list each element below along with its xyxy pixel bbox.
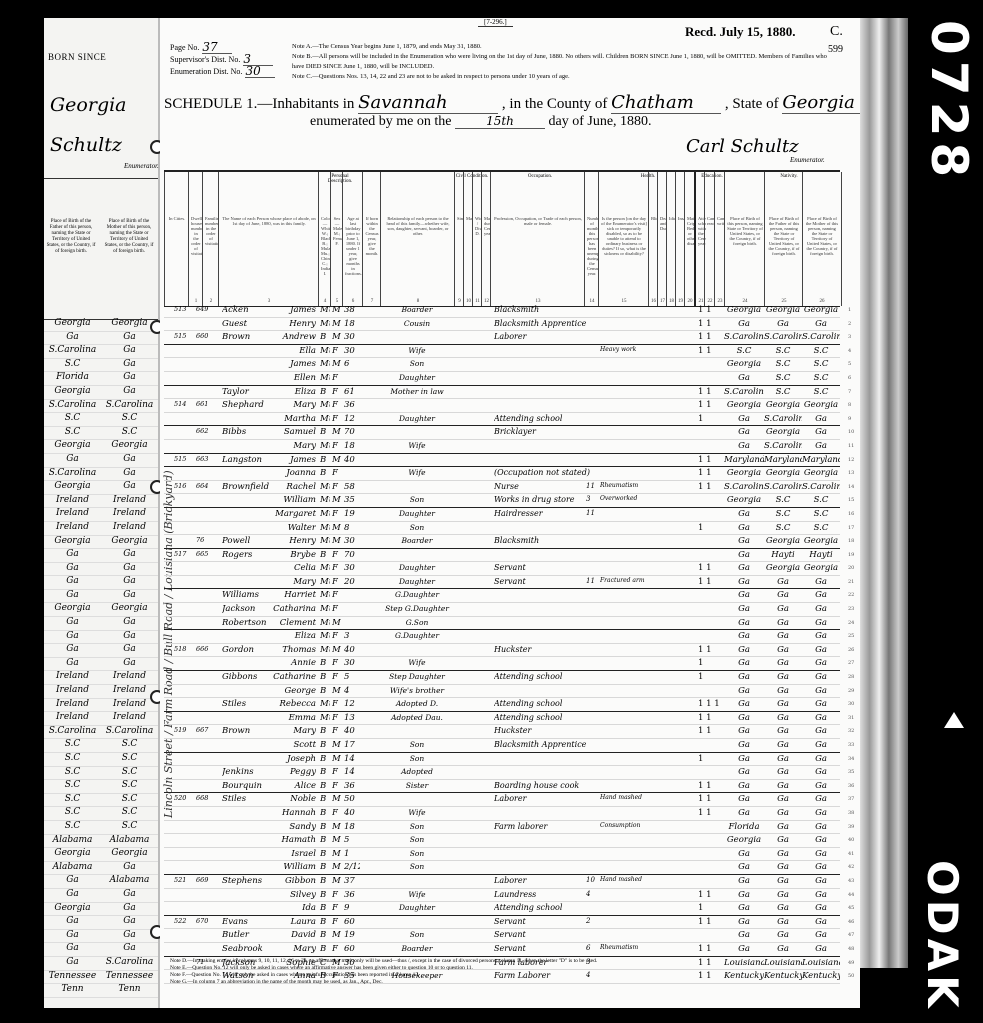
relationship: Step Daughter (380, 672, 454, 681)
relationship: Daughter (380, 903, 454, 912)
occupation: Servant (494, 930, 622, 939)
color: B (320, 876, 330, 886)
father-birthplace: S.C (44, 739, 101, 752)
sheet-number: 599 (828, 44, 843, 55)
given-name: Ella (272, 346, 316, 356)
table-row: 521669StephensGibbonBM37Laborer10Hand ma… (164, 875, 840, 889)
family-number: 663 (196, 455, 218, 463)
given-name: Joseph (272, 754, 316, 764)
line-number: 46 (848, 919, 854, 925)
enumeration-label: Enumeration Dist. No. (170, 66, 242, 78)
given-name: Margaret (272, 509, 316, 519)
line-number: 2 (848, 321, 851, 327)
table-row: ElizaMuF3G.DaughterGaGaGa25 (164, 630, 840, 644)
father-birthplace: S.Carolina (764, 332, 802, 342)
father-birthplace: Ireland (44, 699, 101, 712)
color: B (320, 944, 330, 954)
line-number: 22 (848, 592, 854, 598)
given-name: George (272, 686, 316, 696)
father-birthplace: Ireland (44, 522, 101, 535)
sex: M (332, 835, 342, 845)
surname: Jackson (222, 604, 274, 614)
mother-birthplace: Ga (802, 876, 840, 886)
age: 30 (344, 332, 360, 342)
state-label: , State of (725, 96, 779, 112)
mother-birthplace: Ga (802, 604, 840, 614)
col-25-father-birthplace: Place of Birth of the Father of this per… (764, 172, 803, 306)
months-unemployed: 11 (586, 509, 600, 517)
surname: Bourquin (222, 781, 274, 791)
color: Mu (320, 590, 330, 600)
surname: Evans (222, 917, 274, 927)
table-row: WalterMuM8Son1GaS.CS.C17 (164, 522, 840, 536)
mother-birthplace: Ga (101, 903, 158, 916)
father-birthplace: S.C (44, 794, 101, 807)
mother-birthplace: S.C (101, 767, 158, 780)
given-name: David (272, 930, 316, 940)
birthplace: Ga (724, 781, 764, 791)
father-birthplace: Hayti (764, 550, 802, 560)
relationship: Son (380, 754, 454, 763)
mother-birthplace: S.C (802, 523, 840, 533)
father-birthplace: Ga (44, 576, 101, 589)
dwelling-number: 522 (174, 917, 194, 925)
mother-birthplace: Maryland (802, 455, 840, 465)
birthplace: Ga (724, 577, 764, 587)
birthplace: Ga (724, 890, 764, 900)
relationship: Son (380, 359, 454, 368)
surname: Jenkins (222, 767, 274, 777)
birthplace: Ga (724, 319, 764, 329)
given-name: Mary (272, 944, 316, 954)
mother-birthplace: Ga (101, 563, 158, 576)
mother-birthplace: S.C (101, 794, 158, 807)
color: Mu (320, 577, 330, 587)
father-birthplace: Georgia (764, 563, 802, 573)
sex: M (332, 536, 342, 546)
census-rows: 513649AckenJamesMuM38BoarderBlacksmith1 … (164, 304, 840, 984)
surname: Brownfield (222, 482, 274, 492)
given-name: Ellen (272, 373, 316, 383)
col-in-cities: In Cities. (164, 172, 189, 306)
birthplace: Ga (724, 658, 764, 668)
father-birthplace: S.C (764, 523, 802, 533)
page-no: 37 (202, 42, 232, 54)
father-birthplace: S.C (764, 346, 802, 356)
father-birthplace: Ga (764, 699, 802, 709)
education-marks: 1 1 (698, 890, 726, 900)
color: Mu (320, 319, 330, 329)
father-birthplace: Alabama (44, 862, 101, 875)
sex: M (332, 849, 342, 859)
father-birthplace: Georgia (44, 603, 101, 616)
district-info: Page No.37 Supervisor's Dist. No.3 Enume… (170, 42, 275, 78)
education-marks: 1 1 (698, 794, 726, 804)
note-c: Note C.—Questions Nos. 13, 14, 22 and 23… (292, 72, 832, 82)
mother-birthplace: Ga (101, 943, 158, 956)
line-number: 24 (848, 620, 854, 626)
sickness: Hand mashed (600, 794, 660, 801)
education-marks: 1 1 (698, 400, 726, 410)
enumerator-handwriting: Schultz (50, 134, 122, 156)
sex: F (332, 482, 342, 492)
table-row: ButlerDavidBM19SonServantGaGaGa47 (164, 929, 840, 943)
mother-birthplace: Ga (802, 903, 840, 913)
given-name: Silvey (272, 890, 316, 900)
facing-page-row: S.CS.C (44, 427, 158, 441)
table-row: 76PowellHenryMuM30BoarderBlacksmithGaGeo… (164, 535, 840, 549)
line-number: 34 (848, 756, 854, 762)
family-number: 668 (196, 794, 218, 802)
given-name: Hamath (272, 835, 316, 845)
col-24-birthplace: Place of Birth of this person, naming St… (724, 172, 765, 306)
education-marks: 1 1 1 (698, 699, 726, 709)
relationship: Son (380, 822, 454, 831)
given-name: Annie (272, 658, 316, 668)
surname: Butler (222, 930, 274, 940)
surname: Williams (222, 590, 274, 600)
given-name: Eliza (272, 387, 316, 397)
facing-page-row: S.CS.C (44, 413, 158, 427)
sex: F (332, 387, 342, 397)
sex: M (332, 305, 342, 315)
father-birthplace: S.C (44, 807, 101, 820)
occupation: Hairdresser (494, 509, 622, 518)
occupation: Attending school (494, 672, 622, 681)
father-birthplace: Georgia (44, 318, 101, 331)
relationship: Sister (380, 781, 454, 790)
given-name: Mary (272, 577, 316, 587)
surname: Gibbons (222, 672, 274, 682)
mother-birthplace: Ga (802, 822, 840, 832)
line-number: 44 (848, 892, 854, 898)
given-name: Mary (272, 726, 316, 736)
father-birthplace: S.C (44, 359, 101, 372)
mother-birthplace: Ga (802, 740, 840, 750)
table-row: GeorgeBM4Wife's brotherGaGaGa29 (164, 685, 840, 699)
father-birthplace: Georgia (44, 903, 101, 916)
mother-birthplace: Ga (101, 576, 158, 589)
months-unemployed: 2 (586, 917, 600, 925)
line-number: 27 (848, 660, 854, 666)
relationship: Daughter (380, 414, 454, 423)
birthplace: Ga (724, 645, 764, 655)
col-6-age: Age at last birthday prior to June 1, 18… (342, 172, 363, 306)
given-name: Rachel (272, 482, 316, 492)
age: 8 (344, 523, 360, 533)
birthplace: Ga (724, 699, 764, 709)
given-name: Laura (272, 917, 316, 927)
father-birthplace: Ga (44, 617, 101, 630)
line-number: 9 (848, 416, 851, 422)
sex: M (332, 319, 342, 329)
mother-birthplace: S.C (802, 373, 840, 383)
father-birthplace: Georgia (764, 427, 802, 437)
birthplace: Ga (724, 686, 764, 696)
facing-page-row: GeorgiaGeorgia (44, 603, 158, 617)
relationship: Son (380, 523, 454, 532)
dwelling-number: 520 (174, 794, 194, 802)
mother-birthplace: Alabama (101, 875, 158, 888)
education-marks: 1 1 (698, 563, 726, 573)
note-e: Note E.—Question No. 12 will only be ask… (170, 965, 850, 972)
table-row: 515663LangstonJamesBM401 1MarylandMaryla… (164, 454, 840, 468)
occupation: (Occupation not stated) (494, 468, 622, 477)
age: 36 (344, 781, 360, 791)
mother-birthplace: S.Carolina (101, 726, 158, 739)
sex: F (332, 781, 342, 791)
color: Mu (320, 536, 330, 546)
father-birthplace: Ga (44, 644, 101, 657)
given-name: Noble (272, 794, 316, 804)
mother-birthplace: Ireland (101, 699, 158, 712)
age: 5 (344, 672, 360, 682)
table-row: 514661ShephardMaryMuF361 1GeorgiaGeorgia… (164, 399, 840, 413)
sex: M (332, 754, 342, 764)
table-row: CeliaMuF30DaughterServant1 1GaGeorgiaGeo… (164, 562, 840, 576)
father-birthplace: S.C (44, 821, 101, 834)
mother-birthplace: Ga (101, 386, 158, 399)
birthplace: Ga (724, 563, 764, 573)
color: Mu (320, 359, 330, 369)
education-marks: 1 1 (698, 332, 726, 342)
col-13-occupation: Profession, Occupation, or Trade of each… (490, 172, 585, 306)
facing-page-rows: GeorgiaGeorgiaGaGaS.CarolinaGaS.CGaFlori… (44, 318, 158, 998)
line-number: 7 (848, 389, 851, 395)
received-stamp: Recd. July 15, 1880. (685, 24, 796, 40)
mother-birthplace: Ga (802, 441, 840, 451)
color: Mu (320, 604, 330, 614)
age: 40 (344, 808, 360, 818)
facing-page-row: S.CS.C (44, 767, 158, 781)
relationship: Daughter (380, 509, 454, 518)
relationship: Son (380, 495, 454, 504)
occupation: Blacksmith (494, 536, 622, 545)
mother-birthplace: Ga (101, 332, 158, 345)
months-unemployed: 3 (586, 495, 600, 503)
line-number: 3 (848, 334, 851, 340)
age: 58 (344, 482, 360, 492)
note-f: Note F.—Question No. 14 will only be ask… (170, 972, 850, 979)
color: Mu (320, 495, 330, 505)
table-row: GibbonsCatharineBF5Step DaughterAttendin… (164, 671, 840, 685)
surname: Bibbs (222, 427, 274, 437)
mother-birthplace: Georgia (802, 400, 840, 410)
father-birthplace: Georgia (44, 440, 101, 453)
color: Mu (320, 441, 330, 451)
table-row: BourquinAliceBF36SisterBoarding house co… (164, 780, 840, 794)
schedule-label: SCHEDULE 1.—Inhabitants in (164, 96, 354, 112)
sex: F (332, 400, 342, 410)
line-number: 4 (848, 348, 851, 354)
surname: Robertson (222, 618, 274, 628)
mother-birthplace: S.C (802, 359, 840, 369)
table-row: EmmaMuF13Adopted Dau.Attending school1 1… (164, 712, 840, 726)
given-name: Sandy (272, 822, 316, 832)
facing-page-row: IrelandIreland (44, 712, 158, 726)
sex: F (332, 468, 342, 478)
color: Mu (320, 305, 330, 315)
birthplace: Ga (724, 740, 764, 750)
birthplace: Ga (724, 808, 764, 818)
father-birthplace: Ga (764, 794, 802, 804)
father-birthplace: Ga (764, 903, 802, 913)
sex: F (332, 672, 342, 682)
table-row: WilliamMuM35SonWorks in drug store3Overw… (164, 494, 840, 508)
relationship: G.Daughter (380, 590, 454, 599)
color: Mu (320, 400, 330, 410)
father-birthplace: S.C (764, 509, 802, 519)
occupation: Huckster (494, 645, 622, 654)
sex: F (332, 726, 342, 736)
table-row: 516664BrownfieldRachelMuF58Nurse11Rheuma… (164, 481, 840, 495)
occupation: Laborer (494, 332, 622, 341)
birthplace: Ga (724, 373, 764, 383)
given-name: Walter (272, 523, 316, 533)
sex: F (332, 373, 342, 383)
education-marks: 1 1 (698, 346, 726, 356)
father-birthplace: S.Carolina (44, 468, 101, 481)
enumerator-signature: Carl Schultz (686, 136, 799, 157)
age: 14 (344, 767, 360, 777)
note-a: Note A.—The Census Year begins June 1, 1… (292, 42, 832, 52)
table-row: ScottBM17SonBlacksmith ApprenticeGaGaGa3… (164, 739, 840, 753)
sex: M (332, 495, 342, 505)
color: Mu (320, 713, 330, 723)
facing-page-row: GaGa (44, 930, 158, 944)
father-birthplace: Florida (44, 372, 101, 385)
dwelling-number: 514 (174, 400, 194, 408)
father-birthplace: Ga (764, 577, 802, 587)
mother-birthplace: S.C (101, 821, 158, 834)
given-name: James (272, 359, 316, 369)
color: B (320, 726, 330, 736)
color: B (320, 550, 330, 560)
age: 20 (344, 577, 360, 587)
months-unemployed: 6 (586, 944, 600, 952)
mother-birthplace: S.Carolina (101, 957, 158, 970)
enumeration-district: 30 (245, 66, 275, 78)
table-row: 517665RogersBrybeBF70GaHaytiHayti19 (164, 549, 840, 563)
facing-page-row: GaS.Carolina (44, 957, 158, 971)
facing-page-row: GaGa (44, 658, 158, 672)
mother-birthplace: Georgia (802, 563, 840, 573)
relationship: Adopted D. (380, 699, 454, 708)
birthplace: Ga (724, 631, 764, 641)
line-number: 48 (848, 946, 854, 952)
father-birthplace: Georgia (764, 468, 802, 478)
father-birthplace: S.Carolina (764, 414, 802, 424)
mother-birthplace: Ga (802, 944, 840, 954)
color: B (320, 930, 330, 940)
line-number: 36 (848, 783, 854, 789)
sickness: Overworked (600, 495, 660, 502)
father-birthplace: Ga (764, 713, 802, 723)
sex: M (332, 455, 342, 465)
line-number: 42 (848, 864, 854, 870)
dwelling-number: 515 (174, 332, 194, 340)
occupation: Attending school (494, 699, 622, 708)
family-number: 660 (196, 332, 218, 340)
birthplace: Ga (724, 862, 764, 872)
father-birthplace: Ga (764, 740, 802, 750)
enumerated-line: enumerated by me on the 15th day of June… (310, 114, 652, 130)
facing-page-row: GaGa (44, 549, 158, 563)
sickness: Rheumatism (600, 944, 660, 951)
mother-birthplace: Ga (802, 930, 840, 940)
education-marks: 1 (698, 903, 726, 913)
age: 60 (344, 944, 360, 954)
father-birthplace: Ga (44, 454, 101, 467)
family-number: 665 (196, 550, 218, 558)
birthplace: Ga (724, 509, 764, 519)
sickness: Hand mashed (600, 876, 660, 883)
col-26-mother-birthplace: Place of Birth of the Mother of this per… (802, 172, 842, 306)
given-name: Samuel (272, 427, 316, 437)
relationship: Boarder (380, 944, 454, 953)
mother-birthplace: Georgia (802, 305, 840, 315)
occupation: Bricklayer (494, 427, 622, 436)
father-birthplace: Ga (764, 658, 802, 668)
education-marks: 1 (698, 754, 726, 764)
header-notes: Note A.—The Census Year begins June 1, 1… (292, 42, 832, 82)
birthplace: Ga (724, 917, 764, 927)
father-birthplace: S.C (764, 495, 802, 505)
form-number: [7-296.] (478, 18, 513, 27)
relationship: Cousin (380, 319, 454, 328)
mother-birthplace: Ga (101, 372, 158, 385)
family-number: 664 (196, 482, 218, 490)
facing-page-row: GeorgiaGeorgia (44, 848, 158, 862)
surname: Stiles (222, 699, 274, 709)
surname: Shephard (222, 400, 274, 410)
facing-page-row: GaGa (44, 576, 158, 590)
state-handwriting: Georgia (50, 94, 127, 116)
relationship: Boarder (380, 305, 454, 314)
given-name: Brybe (272, 550, 316, 560)
facing-page-row: IrelandIreland (44, 685, 158, 699)
mother-birthplace: Ireland (101, 522, 158, 535)
given-name: Rebecca (272, 699, 316, 709)
mother-birthplace: Ga (101, 658, 158, 671)
table-row: EllaMuF30WifeHeavy work1 1S.CS.CS.C4 (164, 345, 840, 359)
line-number: 15 (848, 497, 854, 503)
occupation: Attending school (494, 414, 622, 423)
given-name: Mary (272, 400, 316, 410)
age: 38 (344, 305, 360, 315)
facing-page-row: GaGa (44, 590, 158, 604)
birthplace: Ga (724, 930, 764, 940)
family-number: 667 (196, 726, 218, 734)
given-name: Andrew (272, 332, 316, 342)
color: B (320, 468, 330, 478)
given-name: James (272, 455, 316, 465)
months-unemployed: 11 (586, 482, 600, 490)
line-number: 47 (848, 932, 854, 938)
age: 2/12 (344, 862, 360, 872)
given-name: Israel (272, 849, 316, 859)
birthplace: Ga (724, 441, 764, 451)
color: B (320, 794, 330, 804)
facing-page-row: AlabamaGa (44, 862, 158, 876)
line-number: 26 (848, 647, 854, 653)
occupation: Huckster (494, 726, 622, 735)
age: 12 (344, 414, 360, 424)
relationship: Daughter (380, 563, 454, 572)
age: 30 (344, 658, 360, 668)
birthplace: Georgia (724, 468, 764, 478)
line-number: 20 (848, 565, 854, 571)
